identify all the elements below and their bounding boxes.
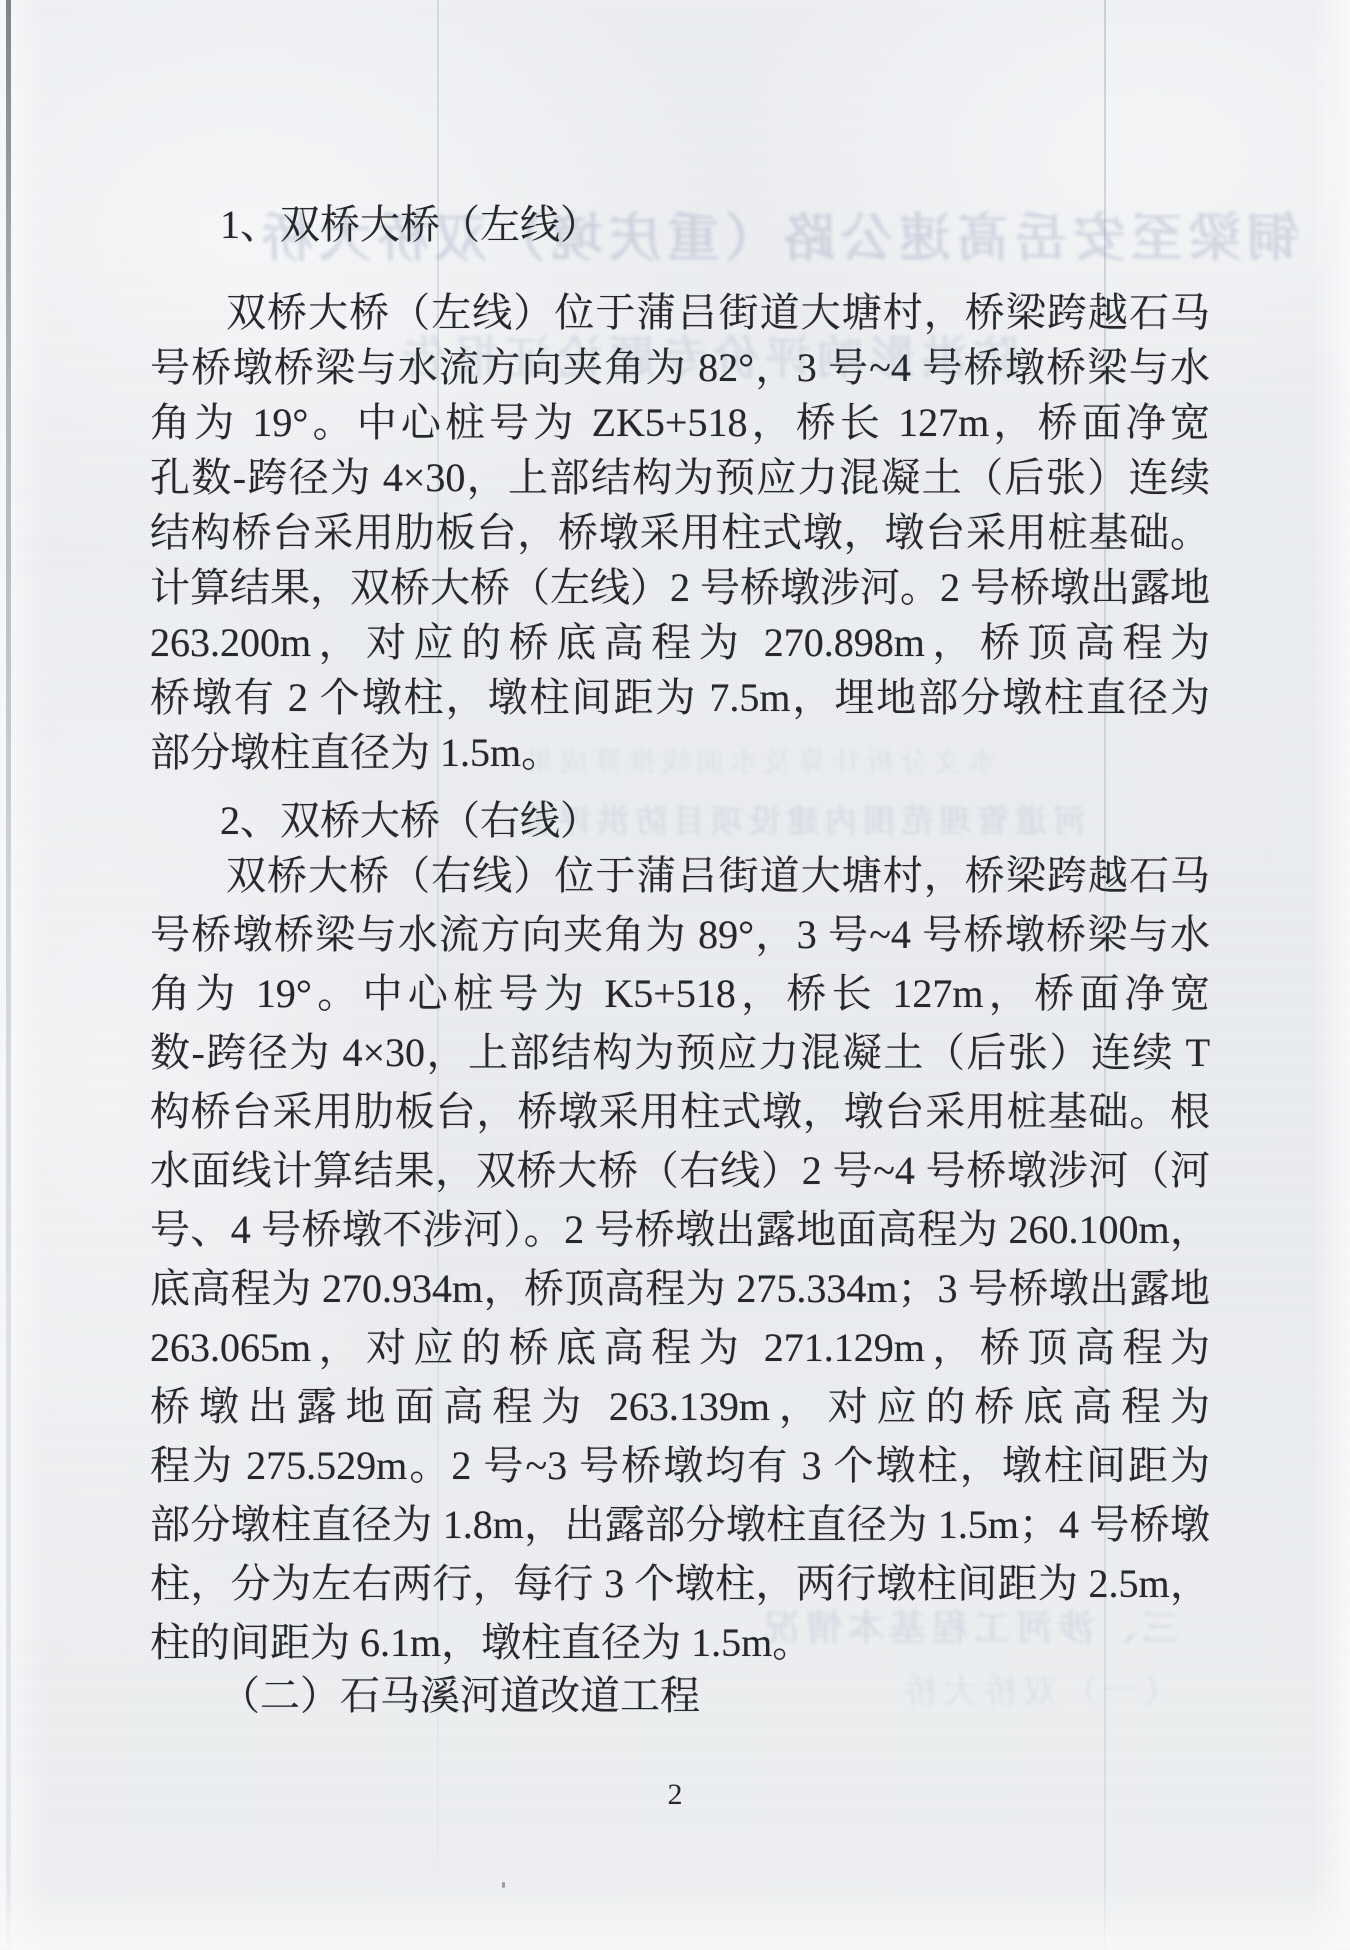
section-heading-bridge-right-line: 2、双桥大桥（右线） (150, 789, 1210, 846)
section-heading-river-diversion: （二）石马溪河道改道工程 (150, 1664, 1210, 1721)
text-line: 部分墩柱直径为 1.5m。 (150, 725, 1210, 780)
scan-speck (502, 1882, 505, 1888)
paragraph-bridge-left-line: 双桥大桥（左线）位于蒲吕街道大塘村，桥梁跨越石马溪，1 号~2号桥墩桥梁与水流方… (150, 285, 1210, 780)
text-line: 号桥墩桥梁与水流方向夹角为 82°，3 号~4 号桥墩桥梁与水流方向夹 (150, 340, 1210, 395)
text-line: 双桥大桥（右线）位于蒲吕街道大塘村，桥梁跨越石马溪，1 号~2 (150, 846, 1210, 905)
scan-left-highlight (11, 0, 45, 1950)
text-line: 结构桥台采用肋板台，桥墩采用柱式墩，墩台采用桩基础。根据水面线 (150, 505, 1210, 560)
text-line: 水面线计算结果，双桥大桥（右线）2 号~4 号桥墩涉河（河道改道后 3 (150, 1141, 1210, 1200)
text-line: 角为 19°。中心桩号为 K5+518，桥长 127m，桥面净宽 19m，桥梁孔 (150, 964, 1210, 1023)
text-line: 号桥墩桥梁与水流方向夹角为 89°，3 号~4 号桥墩桥梁与水流方向夹 (150, 905, 1210, 964)
text-line: 角为 19°。中心桩号为 ZK5+518，桥长 127m，桥面净宽 15.5m，… (150, 395, 1210, 450)
page-number: 2 (0, 1778, 1350, 1812)
scan-bottom-edge (0, 1882, 1350, 1950)
text-line: 孔数-跨径为 4×30，上部结构为预应力混凝土（后张）连续 T 梁；下部 (150, 450, 1210, 505)
scanned-page: 铜梁至安岳高速公路（重庆境）双桥大桥防洪影响评价专题论证报告水文分析计算及水面线… (0, 0, 1350, 1950)
text-line: 程为 275.529m。2 号~3 号桥墩均有 3 个墩柱，墩柱间距为 5.5m… (150, 1436, 1210, 1495)
text-line: 263.200m，对应的桥底高程为 270.898m，桥顶高程为 275.298… (150, 615, 1210, 670)
text-line: 部分墩柱直径为 1.8m，出露部分墩柱直径为 1.5m；4 号桥墩有 6 个墩 (150, 1495, 1210, 1554)
text-line: 桥墩出露地面高程为 263.139m，对应的桥底高程为 271.329m，桥顶高 (150, 1377, 1210, 1436)
text-line: 桥墩有 2 个墩柱，墩柱间距为 7.5m，埋地部分墩柱直径为 1.8m，出露 (150, 670, 1210, 725)
text-line: 计算结果，双桥大桥（左线）2 号桥墩涉河。2 号桥墩出露地面高程为 (150, 560, 1210, 615)
section-heading-bridge-left-line: 1、双桥大桥（左线） (150, 193, 1210, 250)
text-line: 底高程为 270.934m，桥顶高程为 275.334m；3 号桥墩出露地面高程… (150, 1259, 1210, 1318)
text-line: 双桥大桥（左线）位于蒲吕街道大塘村，桥梁跨越石马溪，1 号~2 (150, 285, 1210, 340)
text-line: 数-跨径为 4×30，上部结构为预应力混凝土（后张）连续 T 梁；下部结 (150, 1023, 1210, 1082)
text-line: 263.065m，对应的桥底高程为 271.129m，桥顶高程为 275.529… (150, 1318, 1210, 1377)
text-line: 号、4 号桥墩不涉河）。2 号桥墩出露地面高程为 260.100m，对应的桥 (150, 1200, 1210, 1259)
text-line: 构桥台采用肋板台，桥墩采用柱式墩，墩台采用桩基础。根据第 4 章节 (150, 1082, 1210, 1141)
text-line: 柱，分为左右两行，每行 3 个墩柱，两行墩柱间距为 2.5m，每行 3 个墩 (150, 1554, 1210, 1613)
scan-right-edge (1312, 0, 1350, 1950)
paragraph-bridge-right-line: 双桥大桥（右线）位于蒲吕街道大塘村，桥梁跨越石马溪，1 号~2号桥墩桥梁与水流方… (150, 846, 1210, 1672)
